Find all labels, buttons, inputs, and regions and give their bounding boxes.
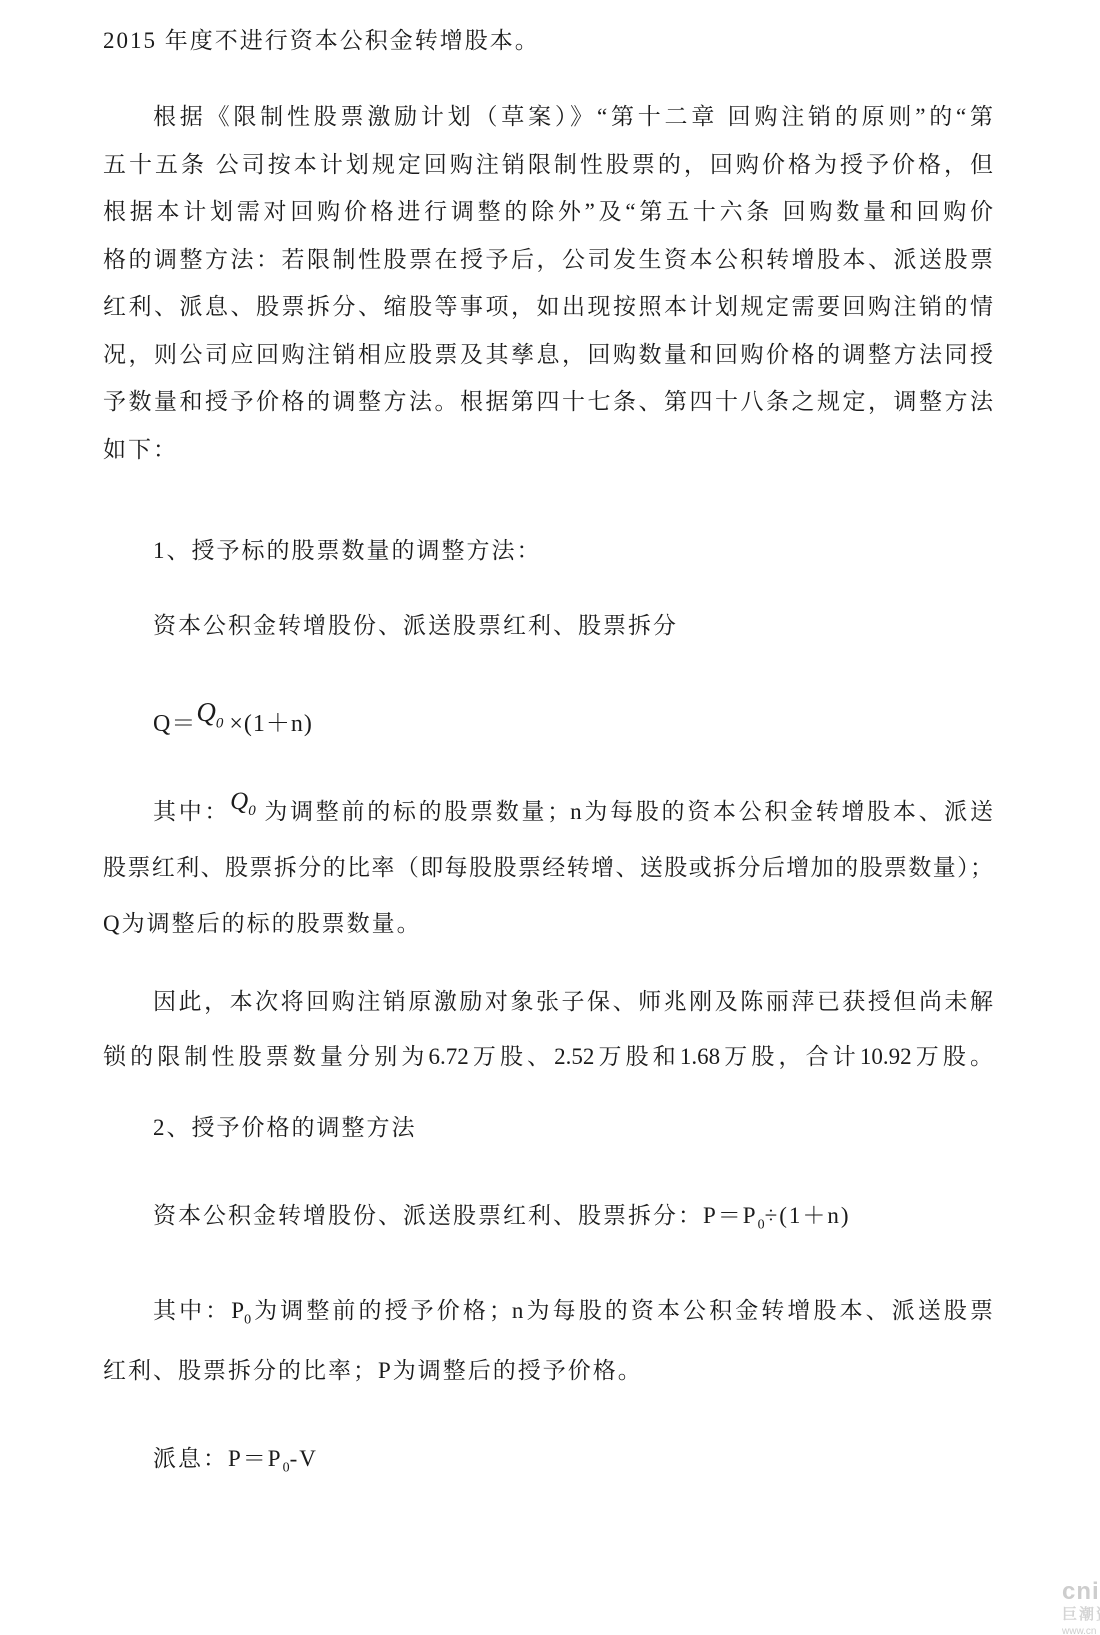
text-line: 股票红利、股票拆分的比率（即每股股票经转增、送股或拆分后增加的股票数量）； [103, 840, 993, 896]
document-page: 2015 年度不进行资本公积金转增股本。 根据《限制性股票激励计划（草案）》“第… [0, 0, 1100, 1635]
inline-variable-q0: Q0 [230, 802, 256, 811]
watermark-url-text: www.cn [1062, 1627, 1100, 1635]
text-line: 其中：P0为调整前的授予价格；n为每股的资本公积金转增股本、派送股票 [103, 1281, 993, 1341]
watermark-chinese-text: 巨潮资 [1062, 1607, 1100, 1622]
variable-subscript: 0 [283, 1461, 290, 1476]
explain-lead: 其中：P [153, 1298, 244, 1323]
text-line: 根据本计划需对回购价格进行调整的除外”及“第五十六条 回购数量和回购价 [103, 188, 993, 236]
formula-price-line: 资本公积金转增股份、派送股票红利、股票拆分：P＝P0÷(1＋n) [103, 1199, 1043, 1233]
text-line: 红利、派息、股票拆分、缩股等事项，如出现按照本计划规定需要回购注销的情 [103, 283, 993, 331]
heading-price-adjustment: 2、授予价格的调整方法 [103, 1112, 1043, 1144]
text-line: 况，则公司应回购注销相应股票及其孳息，回购数量和回购价格的调整方法同授 [103, 331, 993, 379]
formula-prefix: 派息：P＝P [153, 1446, 283, 1471]
paragraph-basis: 根据《限制性股票激励计划（草案）》“第十二章 回购注销的原则”的“第 五十五条 … [103, 93, 993, 473]
formula-prefix: Q＝ [153, 711, 196, 737]
text-line: 锁的限制性股票数量分别为6.72万股、2.52万股和1.68万股，合计10.92… [103, 1029, 993, 1084]
formula-prefix: 资本公积金转增股份、派送股票红利、股票拆分：P＝P [153, 1203, 758, 1228]
text-line: 格的调整方法：若限制性股票在授予后，公司发生资本公积转增股本、派送股票 [103, 236, 993, 284]
formula-variable-q0: Q0 [196, 712, 223, 723]
explain-rest: 为调整前的标的股票数量；n为每股的资本公积金转增股本、派送 [262, 799, 993, 824]
formula-quantity: Q＝Q0×(1＋n) [103, 704, 1043, 744]
formula-suffix: ÷(1＋n) [765, 1203, 851, 1228]
formula-dividend: 派息：P＝P0-V [103, 1442, 1043, 1476]
explain-lead: 其中： [153, 799, 230, 824]
paragraph-explain-price: 其中：P0为调整前的授予价格；n为每股的资本公积金转增股本、派送股票 红利、股票… [103, 1281, 993, 1401]
variable-letter: Q [196, 697, 216, 727]
variable-subscript: 0 [216, 715, 224, 731]
paragraph-repurchase-summary: 因此，本次将回购注销原激励对象张子保、师兆刚及陈丽萍已获授但尚未解 锁的限制性股… [103, 974, 993, 1084]
cninfo-watermark: cni 巨潮资 www.cn [1062, 1580, 1100, 1635]
text-line: Q为调整后的标的股票数量。 [103, 896, 993, 952]
text-line: 红利、股票拆分的比率；P为调整后的授予价格。 [103, 1341, 993, 1401]
variable-subscript: 0 [244, 1313, 251, 1328]
text-line: 因此，本次将回购注销原激励对象张子保、师兆刚及陈丽萍已获授但尚未解 [103, 974, 993, 1029]
text-line: 五十五条 公司按本计划规定回购注销限制性股票的，回购价格为授予价格，但 [103, 141, 993, 189]
text-line: 其中：Q0为调整前的标的股票数量；n为每股的资本公积金转增股本、派送 [103, 784, 993, 840]
variable-subscript: 0 [758, 1218, 765, 1233]
text-line: 根据《限制性股票激励计划（草案）》“第十二章 回购注销的原则”的“第 [103, 93, 993, 141]
text-line: 如下： [103, 426, 993, 474]
explain-rest: 为调整前的授予价格；n为每股的资本公积金转增股本、派送股票 [251, 1298, 993, 1323]
text-line: 予数量和授予价格的调整方法。根据第四十七条、第四十八条之规定，调整方法 [103, 378, 993, 426]
intro-line: 2015 年度不进行资本公积金转增股本。 [103, 25, 993, 57]
line-quantity-cases: 资本公积金转增股份、派送股票红利、股票拆分 [103, 610, 1043, 642]
variable-letter: Q [230, 788, 248, 815]
variable-subscript: 0 [248, 803, 256, 819]
paragraph-explain-quantity: 其中：Q0为调整前的标的股票数量；n为每股的资本公积金转增股本、派送 股票红利、… [103, 784, 993, 952]
heading-quantity-adjustment: 1、授予标的股票数量的调整方法： [103, 535, 1043, 567]
watermark-logo-text: cni [1062, 1580, 1100, 1604]
formula-suffix: -V [290, 1446, 318, 1471]
formula-suffix: ×(1＋n) [229, 711, 313, 737]
